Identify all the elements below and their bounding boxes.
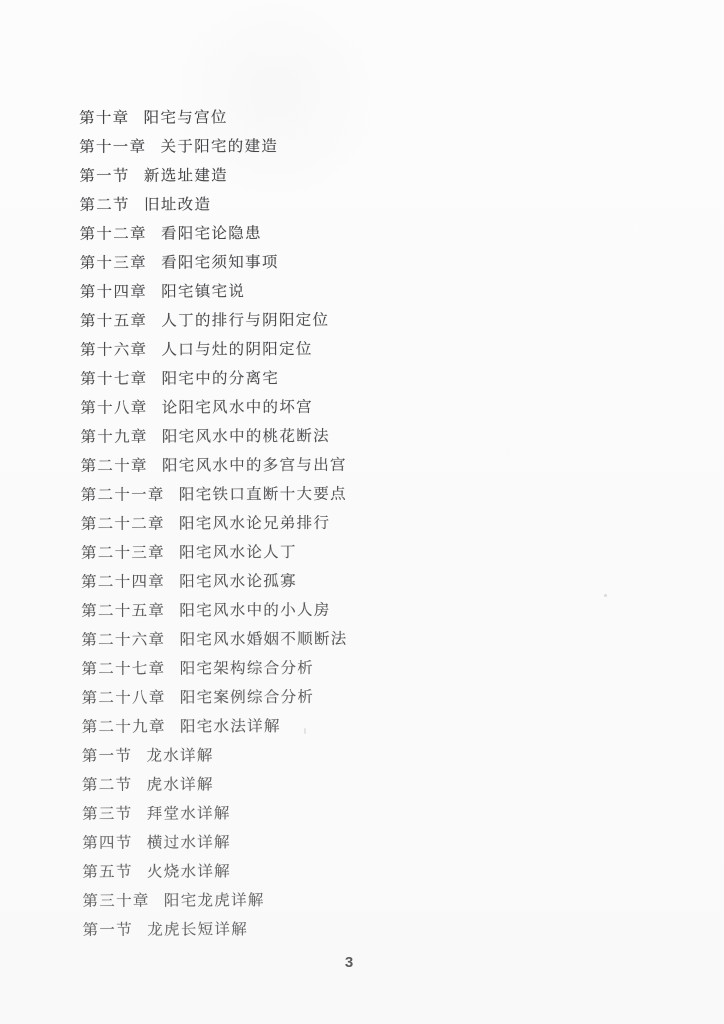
toc-line-title: 阳宅风水论人丁 <box>179 544 297 562</box>
toc-line-title: 阳宅风水论孤寡 <box>179 573 297 591</box>
toc-line-title: 龙虎长短详解 <box>147 921 248 938</box>
toc-line-chapter-number: 第二十八章 <box>82 690 166 707</box>
toc-line: 第二十三章 阳宅风水论人丁 <box>81 538 347 568</box>
toc-line-chapter-number: 第二节 <box>79 197 129 214</box>
toc-line-chapter-number: 第二十二章 <box>81 516 165 533</box>
toc-line-chapter-number: 第三十章 <box>82 893 149 910</box>
toc-line: 第二节 虎水详解 <box>82 770 348 800</box>
toc-line-title: 阳宅风水婚姻不顺断法 <box>180 631 348 649</box>
toc-line-title: 阳宅风水中的桃花断法 <box>162 428 330 446</box>
toc-line-title: 横过水详解 <box>147 834 231 851</box>
toc-line: 第十七章 阳宅中的分离宅 <box>80 364 346 394</box>
page-number: 3 <box>340 954 358 971</box>
toc-line-title: 看阳宅须知事项 <box>161 254 279 272</box>
toc-line-chapter-number: 第四节 <box>82 835 132 852</box>
toc-line-chapter-number: 第一节 <box>79 168 129 185</box>
toc-line-chapter-number: 第二十四章 <box>81 574 165 591</box>
toc-line-chapter-number: 第二十五章 <box>81 603 165 620</box>
toc-line-chapter-number: 第十六章 <box>80 342 147 359</box>
toc-line-title: 新选址建造 <box>144 167 228 184</box>
toc-line-title: 阳宅中的分离宅 <box>162 370 280 388</box>
toc-line: 第二十八章 阳宅案例综合分析 <box>82 683 348 713</box>
toc-line: 第五节 火烧水详解 <box>82 857 348 887</box>
toc-line-title: 火烧水详解 <box>147 863 231 880</box>
toc-line-chapter-number: 第十四章 <box>80 284 147 301</box>
toc-line: 第四节 横过水详解 <box>82 828 348 858</box>
toc-line: 第一节 龙虎长短详解 <box>83 915 349 945</box>
toc-line-chapter-number: 第一节 <box>83 922 133 939</box>
toc-line-chapter-number: 第十章 <box>79 110 129 127</box>
toc-line: 第二节 旧址改造 <box>79 190 345 220</box>
scan-artifact-speck <box>282 702 286 704</box>
toc-line-title: 阳宅风水论兄弟排行 <box>179 515 330 533</box>
toc-line-chapter-number: 第十五章 <box>80 313 147 330</box>
toc-line-title: 阳宅案例综合分析 <box>180 689 314 707</box>
toc-line-chapter-number: 第二十一章 <box>81 487 165 504</box>
toc-line-title: 阳宅风水中的多宫与出宫 <box>162 457 347 475</box>
toc-line-chapter-number: 第二十九章 <box>82 719 166 736</box>
toc-line: 第一节 新选址建造 <box>79 161 345 191</box>
toc-line: 第二十四章 阳宅风水论孤寡 <box>81 567 347 597</box>
toc-line-chapter-number: 第二十章 <box>81 458 148 475</box>
toc-line-title: 人丁的排行与阴阳定位 <box>161 312 329 330</box>
toc-line-title: 阳宅龙虎详解 <box>164 892 265 909</box>
toc-line-title: 阳宅水法详解 <box>180 718 281 735</box>
toc-line-title: 人口与灶的阴阳定位 <box>161 341 312 359</box>
toc-line-chapter-number: 第十二章 <box>80 226 147 243</box>
toc-line-chapter-number: 第二节 <box>82 777 132 794</box>
toc-line-title: 关于阳宅的建造 <box>161 138 279 156</box>
toc-line: 第十五章 人丁的排行与阴阳定位 <box>80 306 346 336</box>
toc-line-title: 阳宅镇宅说 <box>161 283 245 300</box>
toc-line-chapter-number: 第二十七章 <box>81 661 165 678</box>
toc-line: 第二十一章 阳宅铁口直断十大要点 <box>81 480 347 510</box>
toc-line: 第十八章 论阳宅风水中的坏宫 <box>80 393 346 423</box>
toc-line-title: 拜堂水详解 <box>147 805 231 822</box>
scanned-document-page: 第十章 阳宅与宫位 第十一章 关于阳宅的建造 第一节 新选址建造 第二节 旧址改… <box>0 0 724 1024</box>
toc-line-chapter-number: 第十七章 <box>80 371 147 388</box>
toc-line-chapter-number: 第二十三章 <box>81 545 165 562</box>
toc-line: 第三十章 阳宅龙虎详解 <box>82 886 348 916</box>
toc-line-chapter-number: 第一节 <box>82 748 132 765</box>
scan-artifact-speck <box>604 594 607 597</box>
toc-line: 第二十九章 阳宅水法详解 <box>82 712 348 742</box>
toc-line: 第二十章 阳宅风水中的多宫与出宫 <box>81 451 347 481</box>
toc-line: 第十六章 人口与灶的阴阳定位 <box>80 335 346 365</box>
toc-line: 第二十七章 阳宅架构综合分析 <box>81 654 347 684</box>
toc-line: 第十一章 关于阳宅的建造 <box>79 132 345 162</box>
toc-line-title: 看阳宅论隐患 <box>161 225 262 242</box>
toc-line-chapter-number: 第十三章 <box>80 255 147 272</box>
toc-line-chapter-number: 第十九章 <box>80 429 147 446</box>
toc-line-title: 旧址改造 <box>144 196 211 213</box>
toc-line: 第三节 拜堂水详解 <box>82 799 348 829</box>
toc-line-chapter-number: 第三节 <box>82 806 132 823</box>
toc-line: 第十九章 阳宅风水中的桃花断法 <box>80 422 346 452</box>
toc-line-chapter-number: 第十一章 <box>79 139 146 156</box>
toc-line: 第二十二章 阳宅风水论兄弟排行 <box>81 509 347 539</box>
toc-list: 第十章 阳宅与宫位 第十一章 关于阳宅的建造 第一节 新选址建造 第二节 旧址改… <box>79 103 349 945</box>
toc-line-title: 阳宅铁口直断十大要点 <box>179 486 347 504</box>
toc-line-chapter-number: 第十八章 <box>80 400 147 417</box>
toc-line: 第十二章 看阳宅论隐患 <box>80 219 346 249</box>
toc-line: 第十章 阳宅与宫位 <box>79 103 345 133</box>
toc-line-chapter-number: 第二十六章 <box>81 632 165 649</box>
toc-line-chapter-number: 第五节 <box>82 864 132 881</box>
toc-line: 第十三章 看阳宅须知事项 <box>80 248 346 278</box>
toc-line: 第二十六章 阳宅风水婚姻不顺断法 <box>81 625 347 655</box>
toc-line: 第一节 龙水详解 <box>82 741 348 771</box>
toc-line-title: 虎水详解 <box>147 776 214 793</box>
toc-line-title: 阳宅风水中的小人房 <box>179 602 330 620</box>
toc-line-title: 阳宅与宫位 <box>144 109 228 126</box>
toc-line: 第二十五章 阳宅风水中的小人房 <box>81 596 347 626</box>
toc-line: 第十四章 阳宅镇宅说 <box>80 277 346 307</box>
toc-line-title: 阳宅架构综合分析 <box>180 660 314 678</box>
toc-line-title: 论阳宅风水中的坏宫 <box>162 399 313 417</box>
toc-line-title: 龙水详解 <box>146 747 213 764</box>
scan-artifact-speck <box>304 728 306 734</box>
